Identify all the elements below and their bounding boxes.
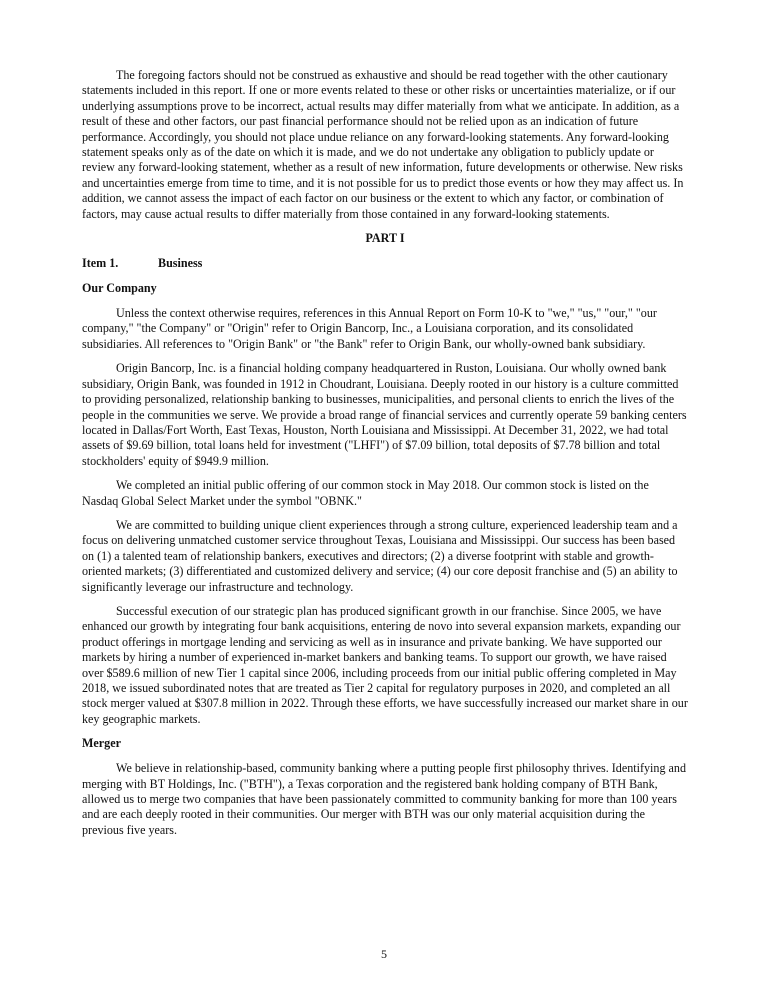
paragraph: Origin Bancorp, Inc. is a financial hold…	[82, 361, 688, 469]
section-heading-merger: Merger	[82, 736, 688, 751]
document-page: The foregoing factors should not be cons…	[82, 68, 688, 847]
paragraph: Successful execution of our strategic pl…	[82, 604, 688, 727]
page-number: 5	[0, 947, 768, 962]
part-title: PART I	[82, 231, 688, 246]
item-heading: Item 1. Business	[82, 256, 688, 271]
paragraph: We believe in relationship-based, commun…	[82, 761, 688, 838]
section-heading-our-company: Our Company	[82, 281, 688, 296]
intro-paragraph: The foregoing factors should not be cons…	[82, 68, 688, 222]
paragraph: Unless the context otherwise requires, r…	[82, 306, 688, 352]
paragraph: We are committed to building unique clie…	[82, 518, 688, 595]
item-number: Item 1.	[82, 256, 158, 271]
paragraph: We completed an initial public offering …	[82, 478, 688, 509]
item-title: Business	[158, 256, 202, 271]
